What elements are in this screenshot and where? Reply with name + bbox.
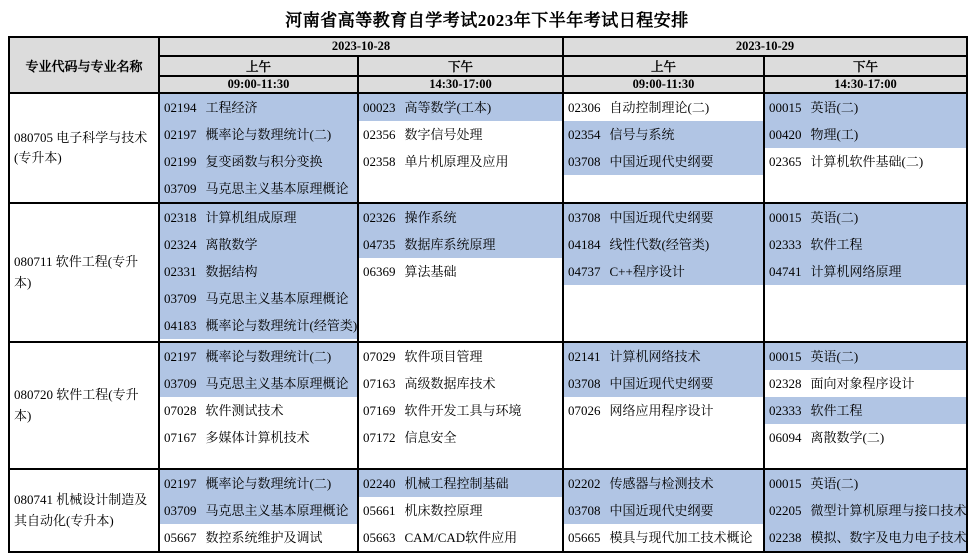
course-name: 复变函数与积分变换 bbox=[206, 154, 323, 169]
course-name: 软件开发工具与环境 bbox=[405, 403, 522, 418]
session-courses-cell: 00015英语(二)00420物理(工)02365计算机软件基础(二) bbox=[764, 93, 967, 203]
course-name: 英语(二) bbox=[811, 476, 859, 491]
course-item: 02202传感器与检测技术 bbox=[564, 470, 763, 497]
course-name: 物理(工) bbox=[811, 127, 859, 142]
session-courses-cell: 00015英语(二)02333软件工程04741计算机网络原理 bbox=[764, 203, 967, 342]
course-name: 马克思主义基本原理概论 bbox=[206, 291, 349, 306]
course-code: 07169 bbox=[363, 397, 396, 424]
course-item: 02318计算机组成原理 bbox=[160, 204, 357, 231]
course-item: 00420物理(工) bbox=[765, 121, 966, 148]
course-code: 02354 bbox=[568, 121, 601, 148]
course-code: 07026 bbox=[568, 397, 601, 424]
course-code: 02197 bbox=[164, 470, 197, 497]
session-courses-cell: 07029软件项目管理07163高级数据库技术07169软件开发工具与环境071… bbox=[358, 342, 563, 469]
course-name: 概率论与数理统计(经管类) bbox=[206, 318, 358, 333]
page-title: 河南省高等教育自学考试2023年下半年考试日程安排 bbox=[0, 0, 974, 36]
course-name: 多媒体计算机技术 bbox=[206, 430, 310, 445]
course-name: 计算机组成原理 bbox=[206, 210, 297, 225]
course-name: 机械工程控制基础 bbox=[405, 476, 509, 491]
course-code: 02240 bbox=[363, 470, 396, 497]
course-item: 02326操作系统 bbox=[359, 204, 562, 231]
session-time-header: 09:00-11:30 bbox=[159, 76, 358, 93]
course-name: 计算机网络技术 bbox=[610, 349, 701, 364]
course-code: 02197 bbox=[164, 343, 197, 370]
session-label-header: 下午 bbox=[358, 56, 563, 76]
course-item: 04183概率论与数理统计(经管类) bbox=[160, 312, 357, 339]
course-code: 07029 bbox=[363, 343, 396, 370]
course-name: 计算机网络原理 bbox=[811, 264, 902, 279]
session-courses-cell: 02202传感器与检测技术03708中国近现代史纲要05665模具与现代加工技术… bbox=[563, 469, 764, 552]
course-code: 07167 bbox=[164, 424, 197, 451]
course-item: 07029软件项目管理 bbox=[359, 343, 562, 370]
course-item: 05663CAM/CAD软件应用 bbox=[359, 524, 562, 551]
table-body: 080705 电子科学与技术(专升本)02194工程经济02197概率论与数理统… bbox=[9, 93, 967, 552]
exam-schedule-table: 专业代码与专业名称 2023-10-282023-10-29 上午下午上午下午 … bbox=[8, 36, 968, 553]
major-row: 080711 软件工程(专升本)02318计算机组成原理02324离散数学023… bbox=[9, 203, 967, 342]
course-code: 02194 bbox=[164, 94, 197, 121]
course-name: 模拟、数字及电力电子技术 bbox=[811, 530, 967, 545]
course-name: 面向对象程序设计 bbox=[811, 376, 915, 391]
course-item: 03708中国近现代史纲要 bbox=[564, 204, 763, 231]
course-code: 02326 bbox=[363, 204, 396, 231]
course-item: 02197概率论与数理统计(二) bbox=[160, 343, 357, 370]
course-code: 00015 bbox=[769, 204, 802, 231]
course-name: 微型计算机原理与接口技术 bbox=[811, 503, 967, 518]
session-courses-cell: 02197概率论与数理统计(二)03709马克思主义基本原理概论07028软件测… bbox=[159, 342, 358, 469]
course-code: 02202 bbox=[568, 470, 601, 497]
course-item: 02141计算机网络技术 bbox=[564, 343, 763, 370]
course-item: 00015英语(二) bbox=[765, 204, 966, 231]
course-item: 02331数据结构 bbox=[160, 258, 357, 285]
major-name-cell: 080720 软件工程(专升本) bbox=[9, 342, 159, 469]
course-code: 07172 bbox=[363, 424, 396, 451]
course-item: 07028软件测试技术 bbox=[160, 397, 357, 424]
course-item: 00015英语(二) bbox=[765, 470, 966, 497]
major-row: 080720 软件工程(专升本)02197概率论与数理统计(二)03709马克思… bbox=[9, 342, 967, 469]
course-item: 02197概率论与数理统计(二) bbox=[160, 121, 357, 148]
course-name: 中国近现代史纲要 bbox=[610, 376, 714, 391]
course-name: 马克思主义基本原理概论 bbox=[206, 503, 349, 518]
course-item: 03708中国近现代史纲要 bbox=[564, 148, 763, 175]
course-name: 软件工程 bbox=[811, 403, 863, 418]
session-label-header: 上午 bbox=[159, 56, 358, 76]
course-code: 03709 bbox=[164, 370, 197, 397]
session-time-header: 14:30-17:00 bbox=[764, 76, 967, 93]
course-name: 中国近现代史纲要 bbox=[610, 154, 714, 169]
course-code: 00023 bbox=[363, 94, 396, 121]
course-name: 数字信号处理 bbox=[405, 127, 483, 142]
course-item: 02194工程经济 bbox=[160, 94, 357, 121]
major-row: 080705 电子科学与技术(专升本)02194工程经济02197概率论与数理统… bbox=[9, 93, 967, 203]
course-code: 00420 bbox=[769, 121, 802, 148]
course-item: 04735数据库系统原理 bbox=[359, 231, 562, 258]
course-code: 03708 bbox=[568, 370, 601, 397]
course-name: 软件测试技术 bbox=[206, 403, 284, 418]
course-name: 线性代数(经管类) bbox=[610, 237, 710, 252]
course-name: 高级数据库技术 bbox=[405, 376, 496, 391]
course-item: 03708中国近现代史纲要 bbox=[564, 370, 763, 397]
course-item: 02205微型计算机原理与接口技术 bbox=[765, 497, 966, 524]
course-name: 离散数学 bbox=[206, 237, 258, 252]
course-item: 05661机床数控原理 bbox=[359, 497, 562, 524]
course-item: 05667数控系统维护及调试 bbox=[160, 524, 357, 551]
course-code: 02318 bbox=[164, 204, 197, 231]
course-name: 网络应用程序设计 bbox=[610, 403, 714, 418]
course-code: 00015 bbox=[769, 470, 802, 497]
course-code: 05663 bbox=[363, 524, 396, 551]
session-courses-cell: 02240机械工程控制基础05661机床数控原理05663CAM/CAD软件应用 bbox=[358, 469, 563, 552]
course-item: 07163高级数据库技术 bbox=[359, 370, 562, 397]
course-name: 马克思主义基本原理概论 bbox=[206, 181, 349, 196]
course-name: 英语(二) bbox=[811, 100, 859, 115]
course-item: 03709马克思主义基本原理概论 bbox=[160, 370, 357, 397]
course-item: 04741计算机网络原理 bbox=[765, 258, 966, 285]
course-name: 英语(二) bbox=[811, 210, 859, 225]
course-name: 软件工程 bbox=[811, 237, 863, 252]
major-name-cell: 080705 电子科学与技术(专升本) bbox=[9, 93, 159, 203]
course-code: 04741 bbox=[769, 258, 802, 285]
course-item: 02328面向对象程序设计 bbox=[765, 370, 966, 397]
course-name: 中国近现代史纲要 bbox=[610, 503, 714, 518]
course-item: 02354信号与系统 bbox=[564, 121, 763, 148]
course-code: 02324 bbox=[164, 231, 197, 258]
course-item: 07167多媒体计算机技术 bbox=[160, 424, 357, 451]
course-name: 传感器与检测技术 bbox=[610, 476, 714, 491]
course-code: 03709 bbox=[164, 285, 197, 312]
course-item: 03709马克思主义基本原理概论 bbox=[160, 497, 357, 524]
course-code: 07028 bbox=[164, 397, 197, 424]
course-item: 00023高等数学(工本) bbox=[359, 94, 562, 121]
course-code: 02328 bbox=[769, 370, 802, 397]
table-header: 专业代码与专业名称 2023-10-282023-10-29 上午下午上午下午 … bbox=[9, 37, 967, 93]
course-name: 概率论与数理统计(二) bbox=[206, 476, 332, 491]
course-name: 工程经济 bbox=[206, 100, 258, 115]
session-courses-cell: 02197概率论与数理统计(二)03709马克思主义基本原理概论05667数控系… bbox=[159, 469, 358, 552]
course-code: 03708 bbox=[568, 148, 601, 175]
course-name: 高等数学(工本) bbox=[405, 100, 492, 115]
course-name: 操作系统 bbox=[405, 210, 457, 225]
course-code: 03708 bbox=[568, 204, 601, 231]
session-label-header: 下午 bbox=[764, 56, 967, 76]
course-item: 02324离散数学 bbox=[160, 231, 357, 258]
session-courses-cell: 00023高等数学(工本)02356数字信号处理02358单片机原理及应用 bbox=[358, 93, 563, 203]
course-code: 02333 bbox=[769, 397, 802, 424]
course-item: 00015英语(二) bbox=[765, 343, 966, 370]
course-name: 自动控制理论(二) bbox=[610, 100, 710, 115]
major-column-header: 专业代码与专业名称 bbox=[9, 37, 159, 93]
course-item: 02356数字信号处理 bbox=[359, 121, 562, 148]
course-code: 04737 bbox=[568, 258, 601, 285]
course-item: 03709马克思主义基本原理概论 bbox=[160, 175, 357, 202]
course-item: 02197概率论与数理统计(二) bbox=[160, 470, 357, 497]
course-name: 计算机软件基础(二) bbox=[811, 154, 924, 169]
course-code: 02331 bbox=[164, 258, 197, 285]
course-name: 概率论与数理统计(二) bbox=[206, 349, 332, 364]
date-header: 2023-10-28 bbox=[159, 37, 563, 56]
course-name: 信号与系统 bbox=[610, 127, 675, 142]
course-item: 02333软件工程 bbox=[765, 397, 966, 424]
session-courses-cell: 03708中国近现代史纲要04184线性代数(经管类)04737C++程序设计 bbox=[563, 203, 764, 342]
course-code: 02333 bbox=[769, 231, 802, 258]
course-code: 02205 bbox=[769, 497, 802, 524]
course-item: 05665模具与现代加工技术概论 bbox=[564, 524, 763, 551]
course-code: 06094 bbox=[769, 424, 802, 451]
session-label-header: 上午 bbox=[563, 56, 764, 76]
course-name: 机床数控原理 bbox=[405, 503, 483, 518]
course-item: 02199复变函数与积分变换 bbox=[160, 148, 357, 175]
course-name: CAM/CAD软件应用 bbox=[405, 530, 518, 545]
course-code: 02141 bbox=[568, 343, 601, 370]
course-code: 05667 bbox=[164, 524, 197, 551]
course-name: 数控系统维护及调试 bbox=[206, 530, 323, 545]
course-code: 05661 bbox=[363, 497, 396, 524]
course-name: 离散数学(二) bbox=[811, 430, 885, 445]
course-code: 05665 bbox=[568, 524, 601, 551]
course-item: 06094离散数学(二) bbox=[765, 424, 966, 451]
course-item: 07172信息安全 bbox=[359, 424, 562, 451]
course-code: 03709 bbox=[164, 497, 197, 524]
session-time-header: 09:00-11:30 bbox=[563, 76, 764, 93]
course-code: 02306 bbox=[568, 94, 601, 121]
course-code: 00015 bbox=[769, 343, 802, 370]
session-courses-cell: 02141计算机网络技术03708中国近现代史纲要07026网络应用程序设计 bbox=[563, 342, 764, 469]
course-code: 02199 bbox=[164, 148, 197, 175]
course-item: 02306自动控制理论(二) bbox=[564, 94, 763, 121]
date-header: 2023-10-29 bbox=[563, 37, 967, 56]
course-item: 04184线性代数(经管类) bbox=[564, 231, 763, 258]
course-name: 马克思主义基本原理概论 bbox=[206, 376, 349, 391]
course-item: 02238模拟、数字及电力电子技术 bbox=[765, 524, 966, 551]
course-item: 00015英语(二) bbox=[765, 94, 966, 121]
course-item: 03709马克思主义基本原理概论 bbox=[160, 285, 357, 312]
course-name: 概率论与数理统计(二) bbox=[206, 127, 332, 142]
course-item: 02365计算机软件基础(二) bbox=[765, 148, 966, 175]
session-courses-cell: 02194工程经济02197概率论与数理统计(二)02199复变函数与积分变换0… bbox=[159, 93, 358, 203]
course-code: 07163 bbox=[363, 370, 396, 397]
course-item: 03708中国近现代史纲要 bbox=[564, 497, 763, 524]
course-name: 单片机原理及应用 bbox=[405, 154, 509, 169]
course-item: 07169软件开发工具与环境 bbox=[359, 397, 562, 424]
course-code: 02358 bbox=[363, 148, 396, 175]
course-name: 信息安全 bbox=[405, 430, 457, 445]
course-name: C++程序设计 bbox=[610, 264, 685, 279]
major-row: 080741 机械设计制造及其自动化(专升本)02197概率论与数理统计(二)0… bbox=[9, 469, 967, 552]
course-code: 02238 bbox=[769, 524, 802, 551]
course-code: 03708 bbox=[568, 497, 601, 524]
course-item: 07026网络应用程序设计 bbox=[564, 397, 763, 424]
course-name: 软件项目管理 bbox=[405, 349, 483, 364]
course-code: 03709 bbox=[164, 175, 197, 202]
course-name: 数据结构 bbox=[206, 264, 258, 279]
course-item: 02358单片机原理及应用 bbox=[359, 148, 562, 175]
major-name-cell: 080741 机械设计制造及其自动化(专升本) bbox=[9, 469, 159, 552]
course-code: 02197 bbox=[164, 121, 197, 148]
course-code: 02365 bbox=[769, 148, 802, 175]
session-courses-cell: 00015英语(二)02205微型计算机原理与接口技术02238模拟、数字及电力… bbox=[764, 469, 967, 552]
session-courses-cell: 00015英语(二)02328面向对象程序设计02333软件工程06094离散数… bbox=[764, 342, 967, 469]
course-code: 04183 bbox=[164, 312, 197, 339]
course-name: 中国近现代史纲要 bbox=[610, 210, 714, 225]
course-code: 00015 bbox=[769, 94, 802, 121]
course-code: 04735 bbox=[363, 231, 396, 258]
session-time-header: 14:30-17:00 bbox=[358, 76, 563, 93]
course-item: 02240机械工程控制基础 bbox=[359, 470, 562, 497]
major-name-cell: 080711 软件工程(专升本) bbox=[9, 203, 159, 342]
session-courses-cell: 02326操作系统04735数据库系统原理06369算法基础 bbox=[358, 203, 563, 342]
header-row-dates: 专业代码与专业名称 2023-10-282023-10-29 bbox=[9, 37, 967, 56]
session-courses-cell: 02318计算机组成原理02324离散数学02331数据结构03709马克思主义… bbox=[159, 203, 358, 342]
course-item: 04737C++程序设计 bbox=[564, 258, 763, 285]
course-name: 数据库系统原理 bbox=[405, 237, 496, 252]
course-code: 02356 bbox=[363, 121, 396, 148]
course-name: 算法基础 bbox=[405, 264, 457, 279]
session-courses-cell: 02306自动控制理论(二)02354信号与系统03708中国近现代史纲要 bbox=[563, 93, 764, 203]
course-name: 英语(二) bbox=[811, 349, 859, 364]
course-name: 模具与现代加工技术概论 bbox=[610, 530, 753, 545]
course-item: 06369算法基础 bbox=[359, 258, 562, 285]
course-code: 04184 bbox=[568, 231, 601, 258]
course-item: 02333软件工程 bbox=[765, 231, 966, 258]
course-code: 06369 bbox=[363, 258, 396, 285]
schedule-table-container: 专业代码与专业名称 2023-10-282023-10-29 上午下午上午下午 … bbox=[8, 36, 966, 553]
